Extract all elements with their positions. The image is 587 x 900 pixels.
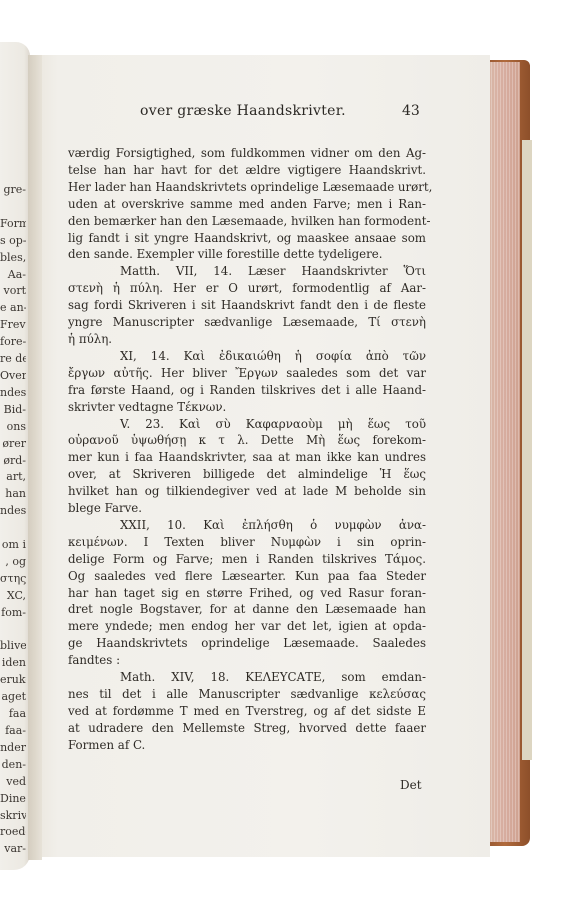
left-fragment-line: roed- — [0, 824, 26, 841]
left-fragment-line: skriv — [0, 808, 26, 825]
text-line: dret nogle Bogstaver, for at danne den L… — [68, 601, 426, 618]
page-block-edges — [488, 62, 520, 842]
left-fragment-line: ons — [0, 419, 26, 436]
text-line: uden at overskrive samme med anden Farve… — [68, 196, 426, 213]
left-fragment-line: blive — [0, 638, 26, 655]
left-fragment-line: den- — [0, 757, 26, 774]
text-line: sag fordi Skriveren i sit Haandskrivt fa… — [68, 297, 426, 314]
left-fragment-line: Aa- — [0, 267, 26, 284]
left-fragment-line — [0, 520, 26, 537]
page-body-text: værdig Forsigtighed, som fuldkommen vidn… — [68, 145, 426, 754]
text-line: ge Haandskrivtets oprindelige Læsemaade.… — [68, 635, 426, 652]
left-fragment-line: bles, — [0, 250, 26, 267]
left-fragment-line: ndes — [0, 503, 26, 520]
left-fragment-line: Over- — [0, 368, 26, 385]
text-line: skrivter vedtagne Τέκνων. — [68, 399, 426, 416]
left-fragment-line: nder — [0, 740, 26, 757]
text-line: mer kun i faa Haandskrivter, saa at man … — [68, 449, 426, 466]
left-fragment-line: var- — [0, 841, 26, 858]
text-line: ved at fordømme T med en Tverstreg, og a… — [68, 703, 426, 720]
left-fragment-line: vort — [0, 283, 26, 300]
left-fragment-line: han — [0, 486, 26, 503]
left-fragment-line: re de — [0, 351, 26, 368]
text-line: lig fandt i sit yngre Haandskrivt, og ma… — [68, 230, 426, 247]
text-line: fra første Haand, og i Randen tilskrives… — [68, 382, 426, 399]
left-fragment-line: fore- — [0, 334, 26, 351]
left-fragment-line: Frev- — [0, 317, 26, 334]
text-line: blege Farve. — [68, 500, 426, 517]
text-line: Og saaledes ved flere Læsearter. Kun paa… — [68, 568, 426, 585]
left-fragment-line: e an- — [0, 300, 26, 317]
left-page-fragment: gre- Forms op-bles,Aa-vorte an-Frev-fore… — [0, 42, 30, 870]
left-fragment-line — [0, 199, 26, 216]
text-line: har han taget sig en større Frihed, og v… — [68, 585, 426, 602]
left-fragment-line: gre- — [0, 182, 26, 199]
left-fragment-line: om i — [0, 537, 26, 554]
text-line: mere yndede; men endog her var det let, … — [68, 618, 426, 635]
left-fragment-line: aget — [0, 689, 26, 706]
left-fragment-line: faa — [0, 706, 26, 723]
text-line: fandtes : — [68, 652, 426, 669]
text-line: den sande. Exempler ville forestille det… — [68, 246, 426, 263]
text-line: nes til det i alle Manuscripter sædvanli… — [68, 686, 426, 703]
left-fragment-line: ørd- — [0, 453, 26, 470]
text-line: ἡ πύλη. — [68, 331, 426, 348]
text-line: hvilket han og tilkiendegiver ved at lad… — [68, 483, 426, 500]
book-scan: gre- Forms op-bles,Aa-vorte an-Frev-fore… — [0, 0, 587, 900]
text-line: Math. XIV, 18. ΚΕΛΕΥCΑΤΕ, som emdan- — [68, 669, 426, 686]
left-fragment-line: s op- — [0, 233, 26, 250]
text-line: yngre Manuscripter sædvanlige Læsemaade,… — [68, 314, 426, 331]
text-line: at udradere den Mellemste Streg, hvorved… — [68, 720, 426, 737]
text-line: V. 23. Καὶ σὺ Καφαρναοὺμ μὴ ἕως τοῦ — [68, 416, 426, 433]
left-fragment-line: Bid- — [0, 402, 26, 419]
text-line: XI, 14. Καὶ ἐδικαιώθη ἡ σοφία ἀπὸ τῶν — [68, 348, 426, 365]
text-line: den bemærker han den Læsemaade, hvilken … — [68, 213, 426, 230]
left-fragment-line: ndes — [0, 385, 26, 402]
left-fragment-line: Form — [0, 216, 26, 233]
left-fragment-line: , og — [0, 554, 26, 571]
left-fragment-line: faa- — [0, 723, 26, 740]
catchword: Det — [400, 778, 422, 792]
text-line: ἔργων αὐτῆς. Her bliver Ἔργων saaledes s… — [68, 365, 426, 382]
text-line: over, at Skriveren billigede det alminde… — [68, 466, 426, 483]
left-fragment-line: art, — [0, 469, 26, 486]
left-page-text: gre- Forms op-bles,Aa-vorte an-Frev-fore… — [0, 182, 26, 858]
gutter-shadow — [28, 55, 42, 860]
text-line: οὐρανοῦ ὑψωθήσῃ κ τ λ. Dette Μὴ ἕως fore… — [68, 432, 426, 449]
left-fragment-line — [0, 622, 26, 639]
text-line: værdig Forsigtighed, som fuldkommen vidn… — [68, 145, 426, 162]
text-line: delige Form og Farve; men i Randen tilsk… — [68, 551, 426, 568]
text-line: Matth. VII, 14. Læser Haandskrivter Ὅτι — [68, 263, 426, 280]
text-line: Her lader han Haandskrivtets oprindelige… — [68, 179, 426, 196]
text-line: στενὴ ἡ πύλη. Her er O urørt, formodentl… — [68, 280, 426, 297]
left-fragment-line: fom- — [0, 605, 26, 622]
page-number: 43 — [402, 103, 420, 119]
text-line: XXII, 10. Καὶ ἐπλήσθη ὁ νυμφὼν ἀνα- — [68, 517, 426, 534]
left-fragment-line: XC, — [0, 588, 26, 605]
text-line: κειμένων. I Texten bliver Νυμφὼν i sin o… — [68, 534, 426, 551]
left-fragment-line: ved — [0, 774, 26, 791]
running-title: over græske Haandskrivter. — [140, 103, 346, 119]
left-fragment-line: iden — [0, 655, 26, 672]
text-line: telse han har havt for det ældre vigtige… — [68, 162, 426, 179]
left-fragment-line: eruk- — [0, 672, 26, 689]
text-line: Formen af C. — [68, 737, 426, 754]
left-fragment-line: στης, — [0, 571, 26, 588]
left-fragment-line: Dine, — [0, 791, 26, 808]
cover-endpaper — [522, 140, 532, 760]
left-fragment-line: ører — [0, 436, 26, 453]
